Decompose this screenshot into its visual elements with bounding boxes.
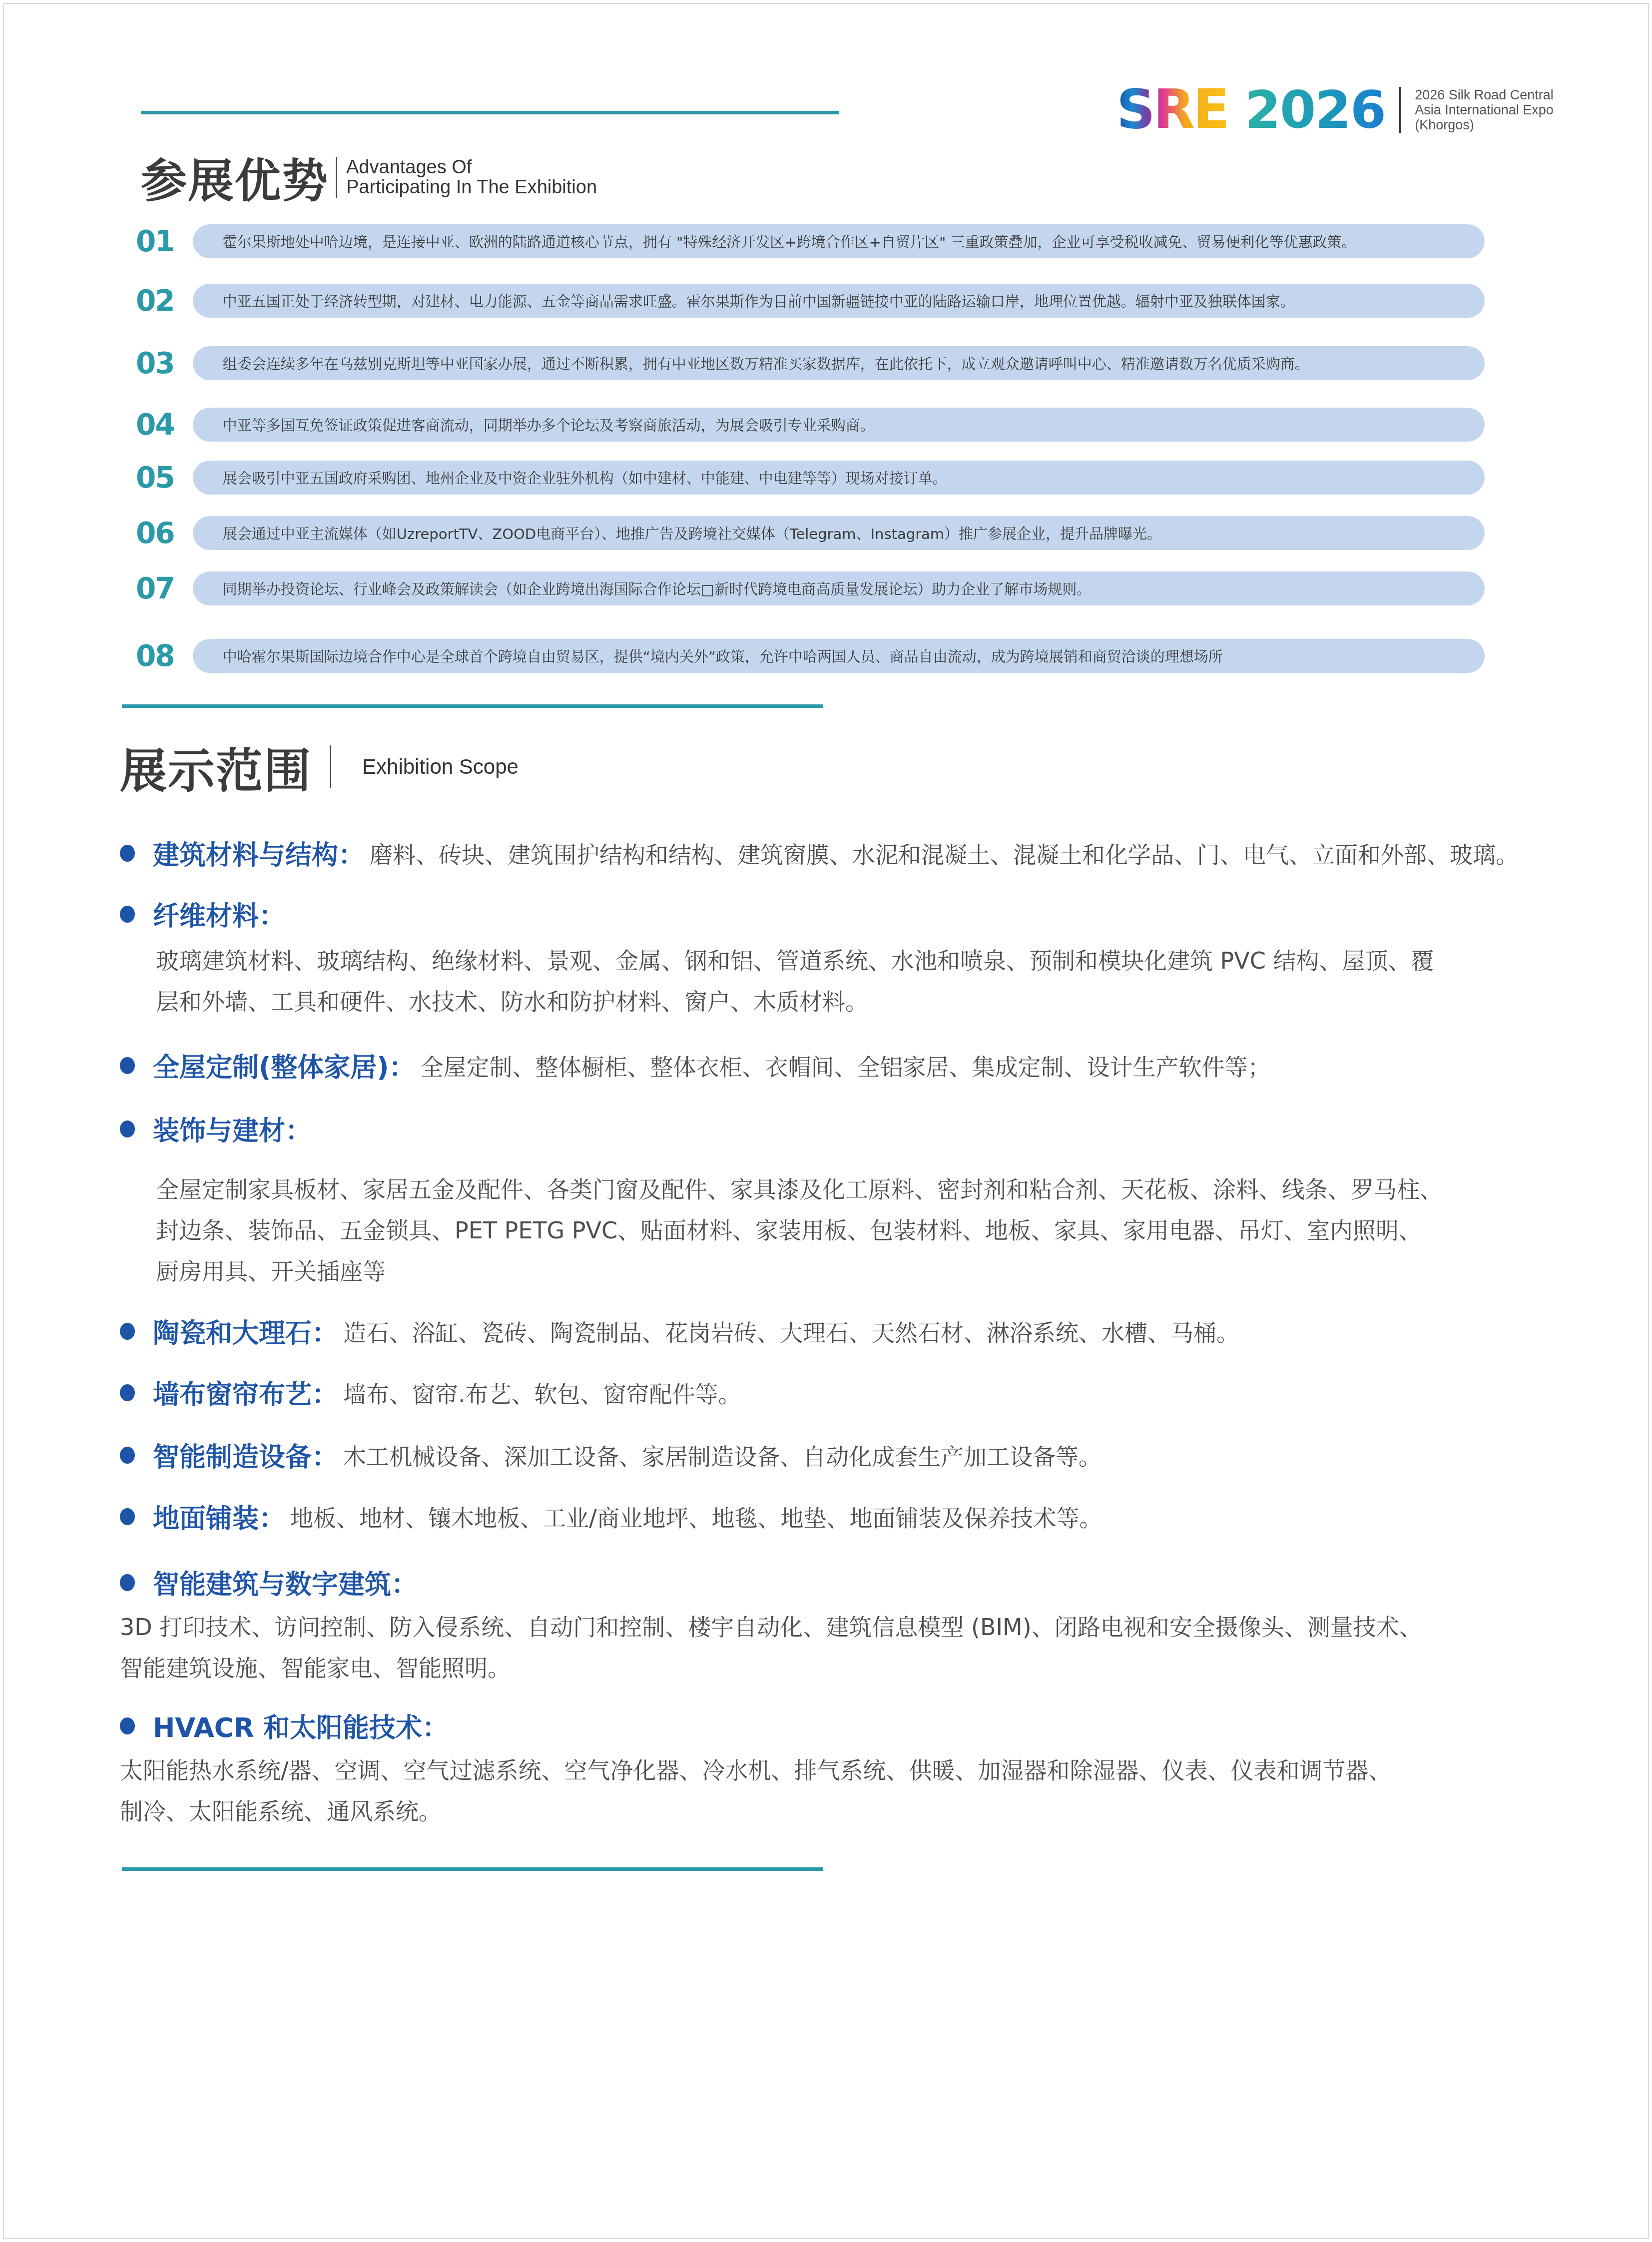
- bullet-icon: [120, 1574, 135, 1591]
- advantage-item: 04 中亚等多国互免签证政策促进客商流动，同期举办多个论坛及考察商旅活动，为展会…: [136, 408, 1485, 442]
- scope-category: 墙布窗帘布艺： 墙布、窗帘.布艺、软包、窗帘配件等。: [120, 1374, 1509, 1412]
- bullet-icon: [120, 1121, 135, 1137]
- scope-category-items: 墙布、窗帘.布艺、软包、窗帘配件等。: [343, 1376, 741, 1409]
- scope-category-items: 地板、地材、镶木地板、工业/商业地坪、地毯、地垫、地面铺装及保养技术等。: [290, 1500, 1102, 1533]
- advantage-text: 组委会连续多年在乌兹别克斯坦等中亚国家办展，通过不断积累，拥有中亚地区数万精准买…: [193, 346, 1485, 380]
- advantages-heading: 参展优势 Advantages Of Participating In The …: [141, 150, 597, 205]
- bullet-icon: [120, 1447, 135, 1464]
- logo-tagline: 2026 Silk Road Central Asia Internationa…: [1415, 87, 1554, 132]
- advantage-number: 01: [136, 224, 191, 258]
- scope-category: 建筑材料与结构： 磨料、砖块、建筑围护结构和结构、建筑窗膜、水泥和混凝土、混凝土…: [120, 834, 1509, 872]
- section-rule-middle: [122, 704, 823, 708]
- scope-body-line: 制冷、太阳能系统、通风系统。: [120, 1791, 1509, 1832]
- scope-category: 智能制造设备： 木工机械设备、深加工设备、家居制造设备、自动化成套生产加工设备等…: [120, 1436, 1509, 1474]
- advantages-title-cn: 参展优势: [141, 144, 329, 210]
- advantage-text: 展会通过中亚主流媒体（如UzreportTV、ZOOD电商平台）、地推广告及跨境…: [193, 516, 1485, 550]
- title-en-line: Advantages Of: [346, 157, 597, 177]
- scope-body-line: 厨房用具、开关插座等: [156, 1251, 1509, 1292]
- title-en-line: Participating In The Exhibition: [346, 177, 597, 197]
- advantage-number: 08: [136, 639, 191, 673]
- bullet-icon: [120, 1384, 135, 1401]
- scope-category-title: 装饰与建材：: [153, 1110, 312, 1148]
- scope-category-title: HVACR 和太阳能技术：: [153, 1707, 449, 1745]
- advantage-text: 中亚等多国互免签证政策促进客商流动，同期举办多个论坛及考察商旅活动，为展会吸引专…: [193, 408, 1485, 442]
- heading-divider: [336, 157, 337, 198]
- bullet-icon: [120, 906, 135, 923]
- advantage-item: 05 展会吸引中亚五国政府采购团、地州企业及中资企业驻外机构（如中建材、中能建、…: [136, 461, 1485, 495]
- scope-category: 纤维材料： 玻璃建筑材料、玻璃结构、绝缘材料、景观、金属、钢和铝、管道系统、水池…: [120, 895, 1509, 1022]
- scope-category-items: 木工机械设备、深加工设备、家居制造设备、自动化成套生产加工设备等。: [343, 1439, 1101, 1472]
- scope-body-line: 3D 打印技术、访问控制、防入侵系统、自动门和控制、楼宇自动化、建筑信息模型 (…: [120, 1607, 1509, 1648]
- advantages-title-en: Advantages Of Participating In The Exhib…: [346, 157, 597, 197]
- logo-year: 2026: [1245, 84, 1385, 136]
- scope-body-line: 智能建筑设施、智能家电、智能照明。: [120, 1648, 1509, 1688]
- scope-body-line: 层和外墙、工具和硬件、水技术、防水和防护材料、窗户、木质材料。: [156, 981, 1509, 1022]
- logo-divider: [1399, 87, 1401, 133]
- scope-category: 装饰与建材： 全屋定制家具板材、家居五金及配件、各类门窗及配件、家具漆及化工原料…: [120, 1110, 1509, 1292]
- advantage-item: 07 同期举办投资论坛、行业峰会及政策解读会（如企业跨境出海国际合作论坛□新时代…: [136, 571, 1485, 605]
- scope-category-title: 智能建筑与数字建筑：: [153, 1564, 418, 1602]
- scope-body-line: 封边条、装饰品、五金锁具、PET PETG PVC、贴面材料、家装用板、包装材料…: [156, 1210, 1509, 1251]
- scope-heading: 展示范围 Exhibition Scope: [120, 739, 519, 794]
- scope-category: 陶瓷和大理石： 造石、浴缸、瓷砖、陶瓷制品、花岗岩砖、大理石、天然石材、淋浴系统…: [120, 1312, 1509, 1350]
- advantage-item: 08 中哈霍尔果斯国际边境合作中心是全球首个跨境自由贸易区，提供“境内关外”政策…: [136, 639, 1485, 673]
- scope-category-items: 全屋定制、整体橱柜、整体衣柜、衣帽间、全铝家居、集成定制、设计生产软件等；: [420, 1049, 1270, 1082]
- advantage-number: 07: [136, 571, 191, 605]
- bullet-icon: [120, 1717, 135, 1734]
- advantage-item: 01 霍尔果斯地处中哈边境，是连接中亚、欧洲的陆路通道核心节点，拥有 "特殊经济…: [136, 224, 1485, 258]
- expo-logo: SRE 2026 2026 Silk Road Central Asia Int…: [1116, 82, 1554, 137]
- scope-category-title: 陶瓷和大理石：: [153, 1312, 338, 1350]
- scope-category-title: 全屋定制(整体家居)：: [153, 1047, 415, 1085]
- scope-category: 智能建筑与数字建筑： 3D 打印技术、访问控制、防入侵系统、自动门和控制、楼宇自…: [120, 1564, 1509, 1688]
- scope-category-title: 纤维材料：: [153, 895, 285, 933]
- advantage-text: 中亚五国正处于经济转型期，对建材、电力能源、五金等商品需求旺盛。霍尔果斯作为目前…: [193, 284, 1485, 318]
- advantage-number: 04: [136, 408, 191, 442]
- scope-category-items: 玻璃建筑材料、玻璃结构、绝缘材料、景观、金属、钢和铝、管道系统、水池和喷泉、预制…: [156, 940, 1509, 1022]
- scope-title-en: Exhibition Scope: [362, 755, 519, 779]
- advantage-text: 霍尔果斯地处中哈边境，是连接中亚、欧洲的陆路通道核心节点，拥有 "特殊经济开发区…: [193, 224, 1485, 258]
- scope-category-items: 太阳能热水系统/器、空调、空气过滤系统、空气净化器、冷水机、排气系统、供暖、加湿…: [120, 1750, 1509, 1832]
- logo-tagline-line: (Khorgos): [1415, 117, 1554, 132]
- scope-body-line: 玻璃建筑材料、玻璃结构、绝缘材料、景观、金属、钢和铝、管道系统、水池和喷泉、预制…: [156, 940, 1509, 981]
- scope-body-line: 太阳能热水系统/器、空调、空气过滤系统、空气净化器、冷水机、排气系统、供暖、加湿…: [120, 1750, 1509, 1791]
- advantage-number: 05: [136, 461, 191, 495]
- advantage-number: 02: [136, 284, 191, 318]
- scope-category-items: 3D 打印技术、访问控制、防入侵系统、自动门和控制、楼宇自动化、建筑信息模型 (…: [120, 1607, 1509, 1688]
- section-rule-bottom: [122, 1867, 823, 1871]
- scope-category-title: 墙布窗帘布艺：: [153, 1374, 338, 1412]
- advantage-item: 06 展会通过中亚主流媒体（如UzreportTV、ZOOD电商平台）、地推广告…: [136, 516, 1485, 550]
- logo-tagline-line: Asia International Expo: [1415, 102, 1554, 117]
- scope-category-items: 磨料、砖块、建筑围护结构和结构、建筑窗膜、水泥和混凝土、混凝土和化学品、门、电气…: [370, 837, 1519, 870]
- advantage-text: 同期举办投资论坛、行业峰会及政策解读会（如企业跨境出海国际合作论坛□新时代跨境电…: [193, 571, 1485, 605]
- scope-category-title: 地面铺装：: [153, 1498, 285, 1536]
- advantage-number: 03: [136, 346, 191, 380]
- scope-category: HVACR 和太阳能技术： 太阳能热水系统/器、空调、空气过滤系统、空气净化器、…: [120, 1707, 1509, 1832]
- section-rule-top: [141, 111, 839, 114]
- advantage-item: 02 中亚五国正处于经济转型期，对建材、电力能源、五金等商品需求旺盛。霍尔果斯作…: [136, 284, 1485, 318]
- scope-category-items: 造石、浴缸、瓷砖、陶瓷制品、花岗岩砖、大理石、天然石材、淋浴系统、水槽、马桶。: [343, 1315, 1239, 1348]
- advantage-text: 展会吸引中亚五国政府采购团、地州企业及中资企业驻外机构（如中建材、中能建、中电建…: [193, 461, 1485, 495]
- advantage-item: 03 组委会连续多年在乌兹别克斯坦等中亚国家办展，通过不断积累，拥有中亚地区数万…: [136, 346, 1485, 380]
- logo-mark: SRE: [1116, 83, 1228, 137]
- scope-category-items: 全屋定制家具板材、家居五金及配件、各类门窗及配件、家具漆及化工原料、密封剂和粘合…: [156, 1169, 1509, 1292]
- scope-category: 全屋定制(整体家居)： 全屋定制、整体橱柜、整体衣柜、衣帽间、全铝家居、集成定制…: [120, 1047, 1509, 1085]
- bullet-icon: [120, 1057, 135, 1074]
- scope-title-cn: 展示范围: [120, 733, 312, 801]
- bullet-icon: [120, 845, 135, 862]
- advantage-number: 06: [136, 516, 191, 550]
- scope-category: 地面铺装： 地板、地材、镶木地板、工业/商业地坪、地毯、地垫、地面铺装及保养技术…: [120, 1498, 1509, 1536]
- bullet-icon: [120, 1508, 135, 1525]
- scope-category-title: 建筑材料与结构：: [153, 834, 365, 872]
- heading-divider: [330, 745, 331, 788]
- bullet-icon: [120, 1323, 135, 1340]
- advantage-text: 中哈霍尔果斯国际边境合作中心是全球首个跨境自由贸易区，提供“境内关外”政策，允许…: [193, 639, 1485, 673]
- scope-category-title: 智能制造设备：: [153, 1436, 338, 1474]
- logo-tagline-line: 2026 Silk Road Central: [1415, 87, 1554, 102]
- scope-body-line: 全屋定制家具板材、家居五金及配件、各类门窗及配件、家具漆及化工原料、密封剂和粘合…: [156, 1169, 1509, 1210]
